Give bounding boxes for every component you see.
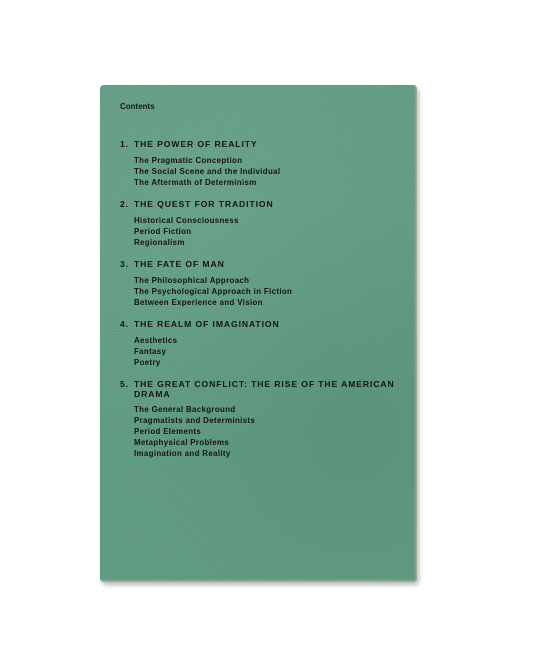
toc-section: 5. THE GREAT CONFLICT: THE RISE OF THE A… [120, 380, 405, 459]
contents-label: Contents [120, 102, 155, 111]
toc-item: The Social Scene and the Individual [134, 166, 405, 177]
toc-item: Pragmatists and Determinists [134, 415, 405, 426]
section-title: THE REALM OF IMAGINATION [134, 320, 405, 330]
toc-item: Between Experience and Vision [134, 297, 405, 308]
toc-item: The Psychological Approach in Fiction [134, 286, 405, 297]
toc-item: Regionalism [134, 237, 405, 248]
section-items: Historical Consciousness Period Fiction … [120, 215, 405, 248]
worn-edge-bottom [100, 579, 417, 582]
worn-edge-right [414, 85, 417, 582]
toc-item: The Aftermath of Determinism [134, 177, 405, 188]
toc-item: Metaphysical Problems [134, 437, 405, 448]
section-title: THE FATE OF MAN [134, 260, 405, 270]
toc-item: The General Background [134, 404, 405, 415]
section-items: The Pragmatic Conception The Social Scen… [120, 155, 405, 188]
toc-item: The Pragmatic Conception [134, 155, 405, 166]
toc-section: 1. THE POWER OF REALITY The Pragmatic Co… [120, 140, 405, 188]
section-number: 5. [120, 380, 134, 399]
section-heading: 4. THE REALM OF IMAGINATION [120, 320, 405, 330]
toc-item: Period Elements [134, 426, 405, 437]
toc-item: Aesthetics [134, 335, 405, 346]
section-items: Aesthetics Fantasy Poetry [120, 335, 405, 368]
toc-item: Imagination and Reality [134, 448, 405, 459]
table-of-contents: 1. THE POWER OF REALITY The Pragmatic Co… [120, 140, 405, 472]
section-number: 3. [120, 260, 134, 270]
toc-section: 3. THE FATE OF MAN The Philosophical App… [120, 260, 405, 308]
section-number: 1. [120, 140, 134, 150]
toc-item: Fantasy [134, 346, 405, 357]
toc-item: Historical Consciousness [134, 215, 405, 226]
section-items: The General Background Pragmatists and D… [120, 404, 405, 459]
book-back-cover: Contents 1. THE POWER OF REALITY The Pra… [100, 85, 417, 582]
toc-section: 2. THE QUEST FOR TRADITION Historical Co… [120, 200, 405, 248]
toc-section: 4. THE REALM OF IMAGINATION Aesthetics F… [120, 320, 405, 368]
toc-item: The Philosophical Approach [134, 275, 405, 286]
section-number: 4. [120, 320, 134, 330]
toc-item: Poetry [134, 357, 405, 368]
section-heading: 3. THE FATE OF MAN [120, 260, 405, 270]
section-heading: 2. THE QUEST FOR TRADITION [120, 200, 405, 210]
section-heading: 5. THE GREAT CONFLICT: THE RISE OF THE A… [120, 380, 405, 399]
section-title: THE GREAT CONFLICT: THE RISE OF THE AMER… [134, 380, 405, 399]
toc-item: Period Fiction [134, 226, 405, 237]
section-heading: 1. THE POWER OF REALITY [120, 140, 405, 150]
section-title: THE POWER OF REALITY [134, 140, 405, 150]
section-number: 2. [120, 200, 134, 210]
section-title: THE QUEST FOR TRADITION [134, 200, 405, 210]
section-items: The Philosophical Approach The Psycholog… [120, 275, 405, 308]
